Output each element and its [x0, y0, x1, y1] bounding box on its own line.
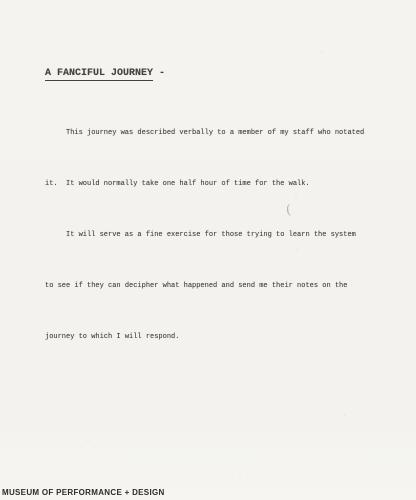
museum-credit: MUSEUM OF PERFORMANCE + DESIGN — [2, 488, 165, 497]
document-title-dash: - — [153, 68, 165, 79]
body-line: It will serve as a fine exercise for tho… — [45, 227, 385, 244]
document-body: This journey was described verbally to a… — [45, 91, 385, 380]
body-line: it. It would normally take one half hour… — [45, 176, 385, 193]
document-title: A FANCIFUL JOURNEY - — [45, 68, 165, 79]
body-line: to see if they can decipher what happene… — [45, 278, 385, 295]
document-title-text: A FANCIFUL JOURNEY — [45, 68, 153, 81]
body-line: journey to which I will respond. — [45, 329, 385, 346]
scanned-document-page: A FANCIFUL JOURNEY - This journey was de… — [0, 0, 416, 500]
body-line: This journey was described verbally to a… — [45, 125, 385, 142]
